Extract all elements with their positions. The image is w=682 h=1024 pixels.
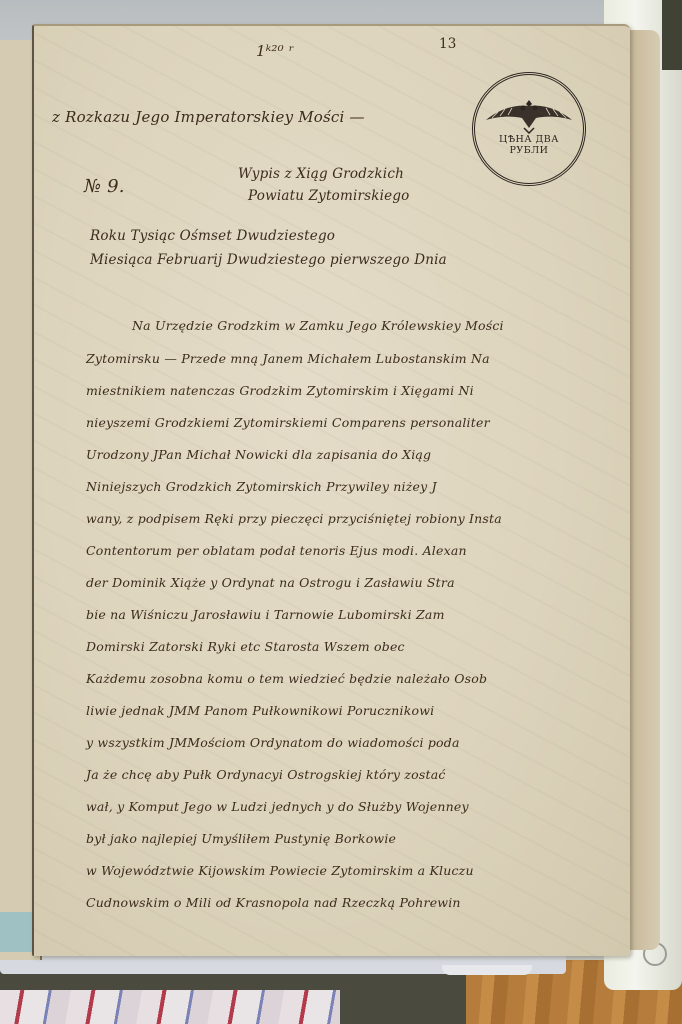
page-number: 13 [439, 36, 457, 52]
text-line: wany, z podpisem Ręki przy pieczęci przy… [86, 511, 502, 526]
text-line: był jako najlepiej Umyśliłem Pustynię Bo… [86, 831, 396, 846]
stand-shadow [662, 0, 682, 70]
text-line: z Rozkazu Jego Imperatorskiey Mości — [52, 108, 365, 126]
text-line: der Dominik Xiąże y Ordynat na Ostrogu i… [86, 575, 455, 590]
header-flourish: 1ᵏ²⁰ ʳ [256, 42, 294, 60]
text-line: Domirski Zatorski Ryki etc Starosta Wsze… [86, 639, 405, 654]
text-line: Cudnowskim o Mili od Krasnopola nad Rzec… [86, 895, 461, 910]
text-line: Powiatu Zytomirskiego [248, 188, 410, 204]
entry-number: № 9. [84, 176, 125, 197]
text-line: Wypis z Xiąg Grodzkich [238, 166, 404, 182]
text-line: liwie jednak JMM Panom Pułkownikowi Poru… [86, 703, 434, 718]
text-line: Urodzony JPan Michał Nowicki dla zapisan… [86, 447, 431, 462]
text-line: Contentorum per oblatam podał tenoris Ej… [86, 543, 467, 558]
photo-scene: 1ᵏ²⁰ ʳ 13 ЦѢНА ДВА РУБЛИ z Rozkazu Jego … [0, 0, 682, 1024]
manuscript-page: 1ᵏ²⁰ ʳ 13 ЦѢНА ДВА РУБЛИ z Rozkazu Jego … [32, 24, 630, 956]
text-line: y wszystkim JMMościom Ordynatom do wiado… [86, 735, 460, 750]
text-line: Na Urzędzie Grodzkim w Zamku Jego Królew… [132, 318, 504, 333]
text-line: wał, y Komput Jego w Ludzi jednych y do … [86, 799, 469, 814]
text-line: Każdemu zosobna komu o tem wiedzieć będz… [86, 671, 487, 686]
text-line: w Województwie Kijowskim Powiecie Zytomi… [86, 863, 474, 878]
double-headed-eagle-icon [484, 94, 574, 134]
revenue-stamp: ЦѢНА ДВА РУБЛИ [472, 72, 586, 186]
text-line: Miesiąca Februarij Dwudziestego pierwsze… [90, 252, 447, 268]
text-line: Roku Tysiąc Ośmset Dwudziestego [90, 228, 335, 244]
text-line: bie na Wiśniczu Jarosławiu i Tarnowie Lu… [86, 607, 445, 622]
plaid-cloth [0, 990, 340, 1024]
text-line: Ja że chcę aby Pułk Ordynacyi Ostrogskie… [86, 767, 446, 782]
text-line: nieyszemi Grodzkiemi Zytomirskiemi Compa… [86, 415, 490, 430]
stamp-text-line1: ЦѢНА ДВА [499, 134, 559, 145]
text-line: miestnikiem natenczas Grodzkim Zytomirsk… [86, 383, 474, 398]
stamp-text-line2: РУБЛИ [510, 145, 549, 156]
text-line: Zytomirsku — Przede mną Janem Michałem L… [86, 351, 490, 366]
text-line: Niniejszych Grodzkich Zytomirskich Przyw… [86, 479, 437, 494]
tray-notch [442, 965, 532, 975]
